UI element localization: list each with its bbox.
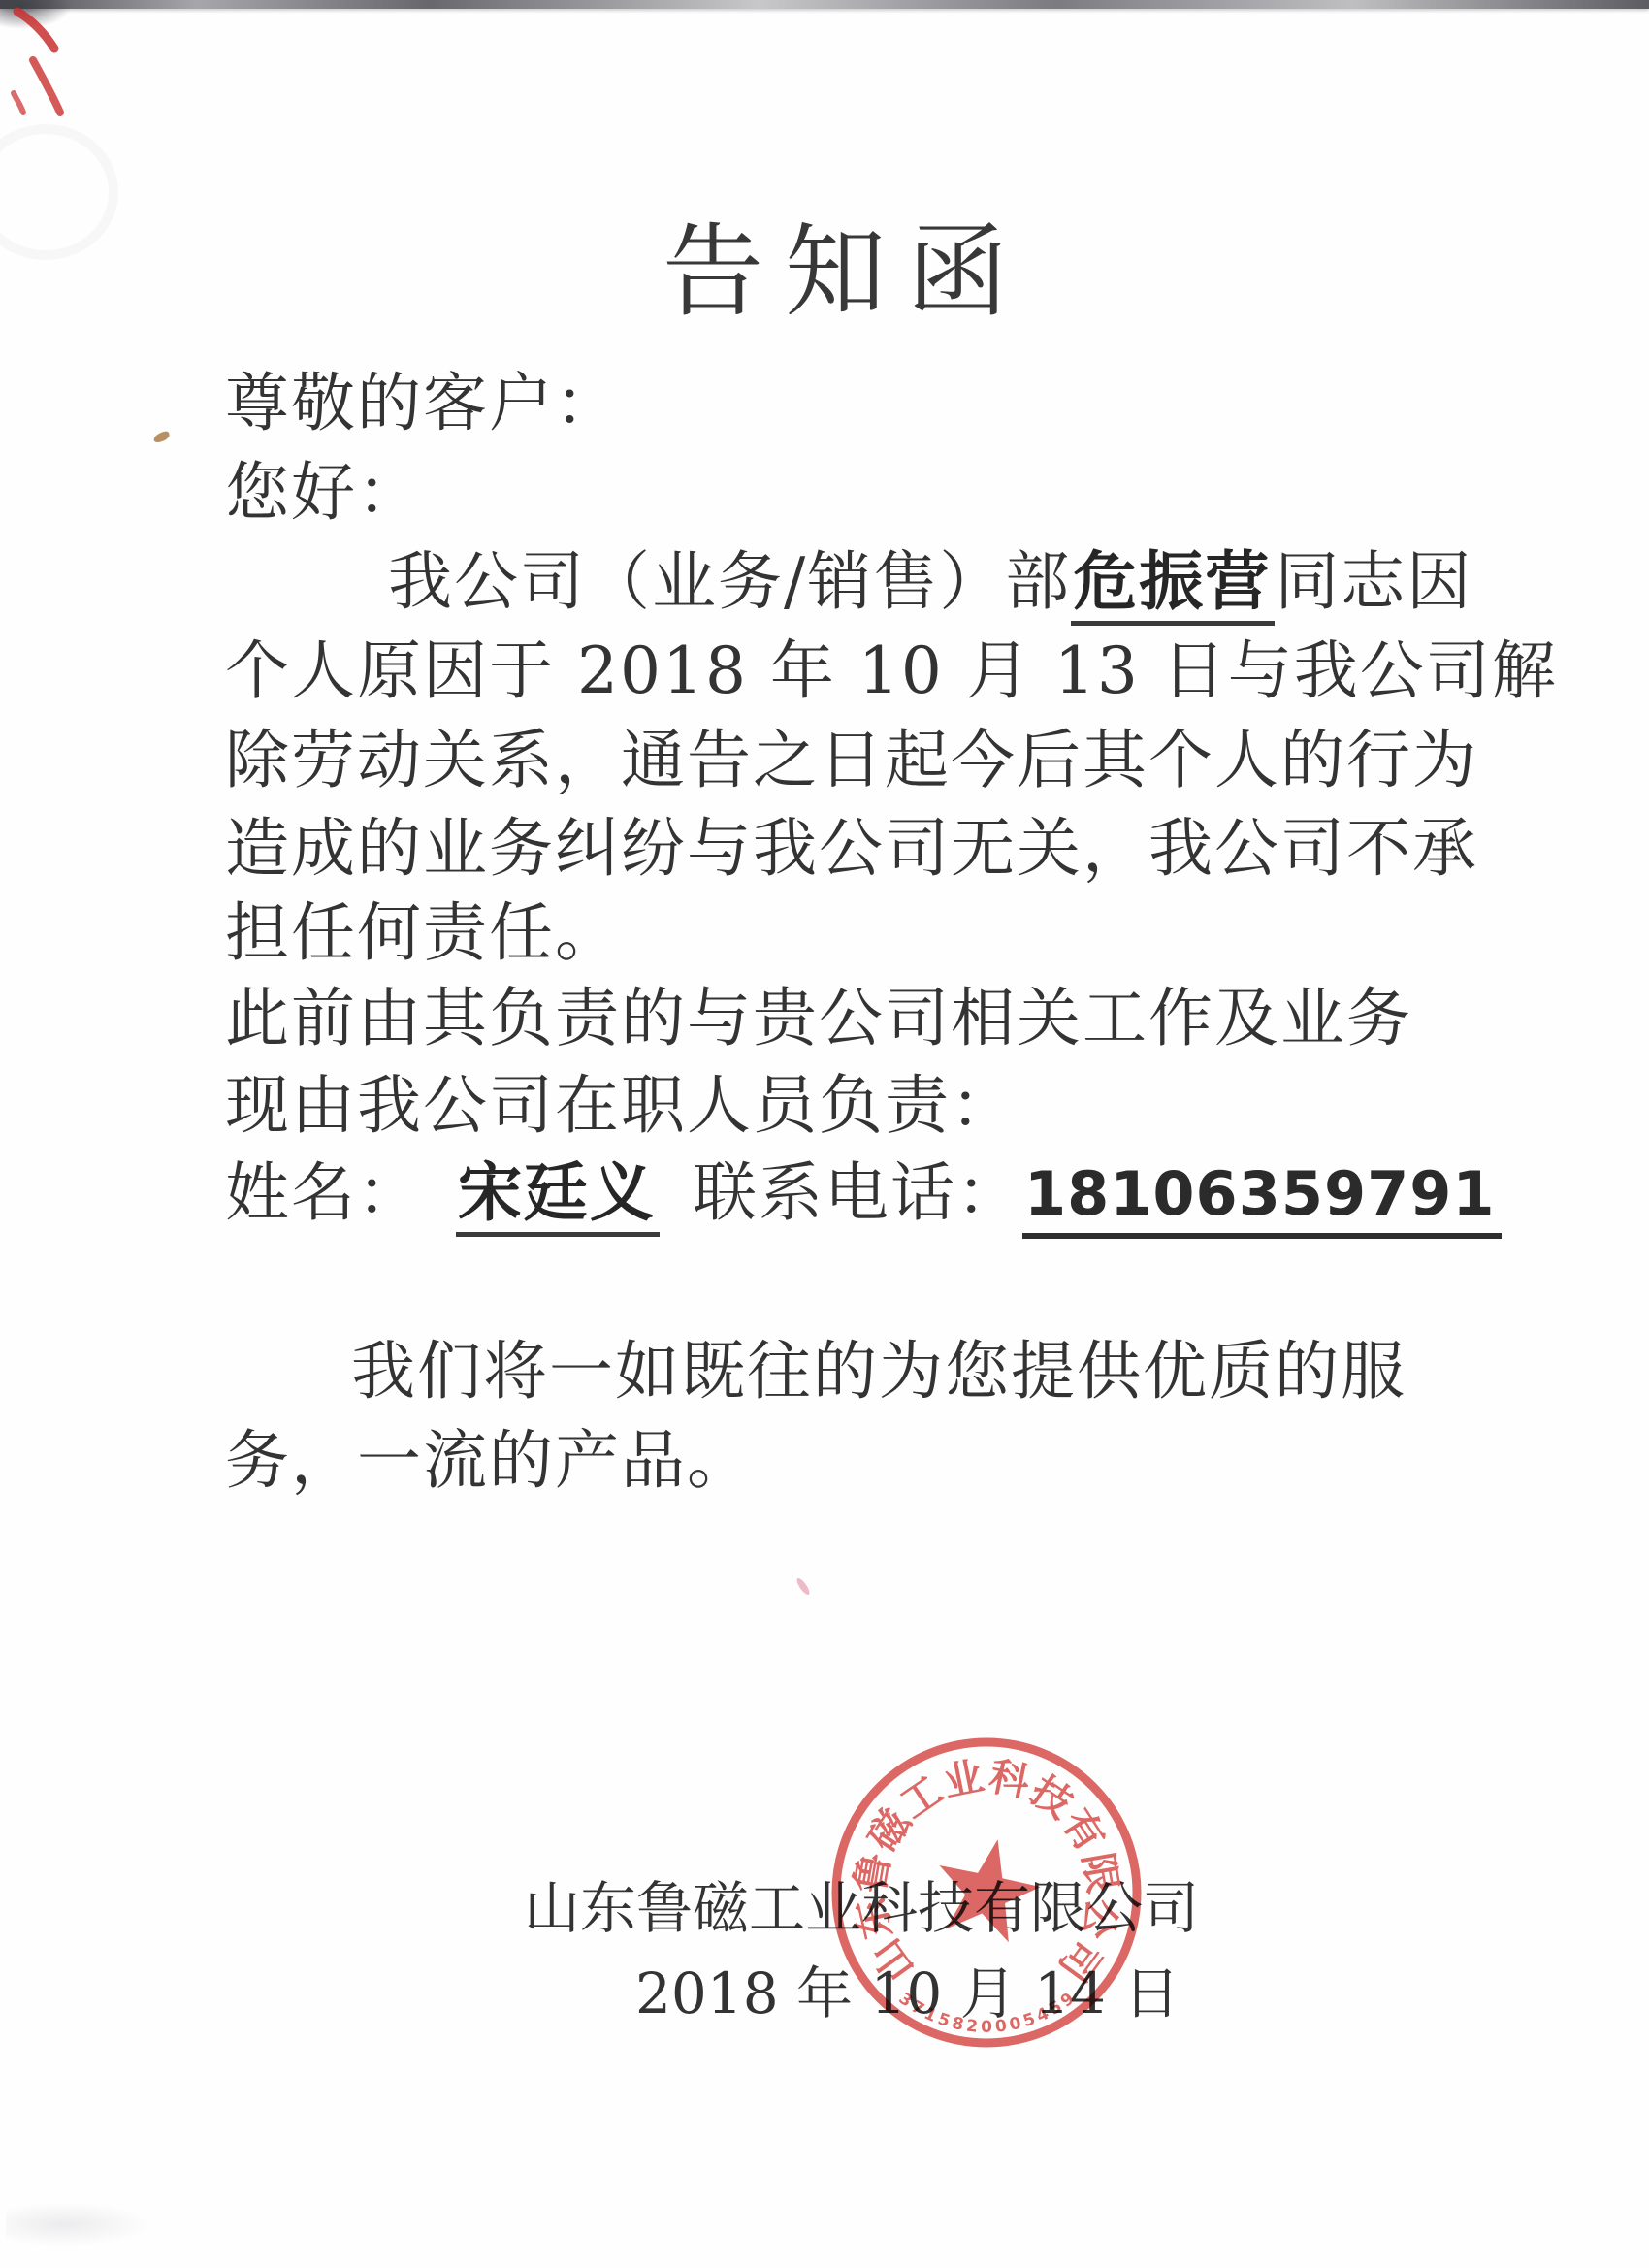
name-label: 姓名： [225, 1155, 423, 1230]
seal-serial-digit: 0 [994, 2017, 1008, 2037]
greeting-line: 您好： [225, 440, 423, 533]
seal-serial-digit: 0 [1008, 2014, 1023, 2035]
seal-serial-digit: 5 [935, 2009, 953, 2031]
scan-noise-top-edge [0, 0, 1649, 9]
phone-label: 联系电话： [693, 1155, 1022, 1230]
stray-ink-mark [794, 1576, 811, 1596]
closing-line-2: 务，一流的产品。 [225, 1409, 753, 1501]
seal-serial-digit: 2 [965, 2017, 979, 2037]
seal-serial-digit: 0 [981, 2018, 992, 2037]
body-line-2: 个人原因于 2018 年 10 月 13 日与我公司解 [225, 619, 1558, 711]
seal-ring-text-char: 限 [1074, 1849, 1126, 1896]
departed-employee-name: 危振营 [1071, 543, 1275, 626]
body-line-1: 我公司（业务/销售）部危振营同志因 [388, 530, 1472, 622]
seal-ring-text-char: 鲁 [847, 1849, 899, 1896]
seal-star-icon [940, 1839, 1041, 1942]
seal-ring-text-char: 业 [940, 1753, 988, 1806]
company-seal-stamp: 山东鲁磁工业科技有限公司3715820005459 [820, 1726, 1153, 2059]
body-line-3: 除劳动关系，通告之日起今后其个人的行为 [225, 708, 1478, 800]
body-line-1-post: 同志因 [1275, 544, 1472, 619]
body-line-6: 此前由其负责的与贵公司相关工作及业务 [225, 966, 1412, 1058]
scan-speck [152, 431, 171, 444]
scanned-notice-letter: 告知函 尊敬的客户： 您好： 我公司（业务/销售）部危振营同志因 个人原因于 2… [0, 0, 1649, 2268]
document-title: 告知函 [21, 190, 1649, 336]
body-line-4: 造成的业务纠纷与我公司无关，我公司不承 [225, 796, 1478, 889]
salutation-line: 尊敬的客户： [225, 351, 621, 443]
body-line-5: 担任何责任。 [225, 881, 621, 973]
closing-line-1: 我们将一如既往的为您提供优质的服 [351, 1319, 1406, 1411]
contact-name: 宋廷义 [456, 1154, 660, 1237]
contact-phone-number: 18106359791 [1022, 1158, 1502, 1239]
body-line-7: 现由我公司在职人员负责： [225, 1053, 1017, 1146]
seal-serial-digit: 8 [950, 2014, 965, 2035]
scan-smudge-bottom [6, 2202, 151, 2247]
contact-line: 姓名：宋廷义联系电话：18106359791 [225, 1141, 1502, 1233]
body-line-1-pre: 我公司（业务/销售）部 [388, 544, 1071, 619]
